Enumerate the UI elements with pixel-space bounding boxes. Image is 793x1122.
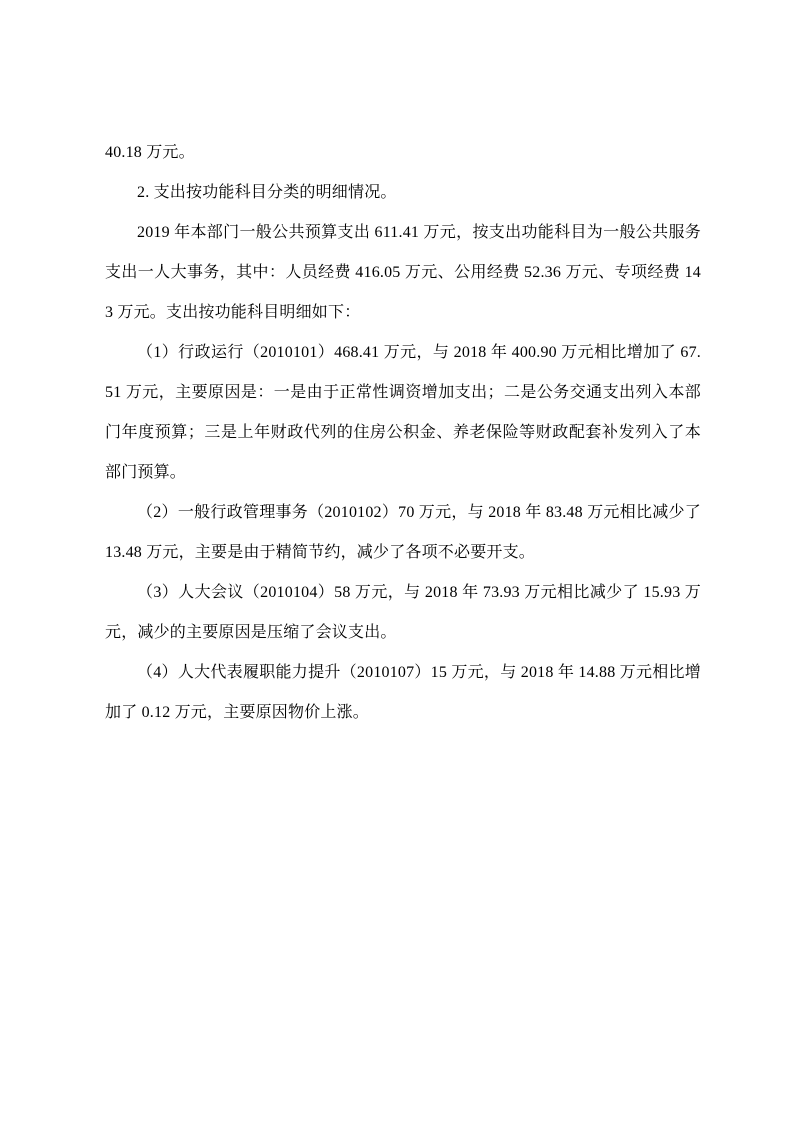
paragraph-continuation: 40.18 万元。 [105, 133, 701, 173]
paragraph-section-heading: 2. 支出按功能科目分类的明细情况。 [105, 173, 701, 213]
paragraph-item-1-administrative-operation: （1）行政运行（2010101）468.41 万元，与 2018 年 400.9… [105, 333, 701, 493]
paragraph-budget-summary: 2019 年本部门一般公共预算支出 611.41 万元，按支出功能科目为一般公共… [105, 213, 701, 333]
paragraph-item-4-deputy-capability: （4）人大代表履职能力提升（2010107）15 万元，与 2018 年 14.… [105, 653, 701, 733]
paragraph-item-2-general-admin-affairs: （2）一般行政管理事务（2010102）70 万元，与 2018 年 83.48… [105, 493, 701, 573]
paragraph-item-3-npc-meetings: （3）人大会议（2010104）58 万元，与 2018 年 73.93 万元相… [105, 573, 701, 653]
document-page: 40.18 万元。 2. 支出按功能科目分类的明细情况。 2019 年本部门一般… [0, 0, 793, 1122]
